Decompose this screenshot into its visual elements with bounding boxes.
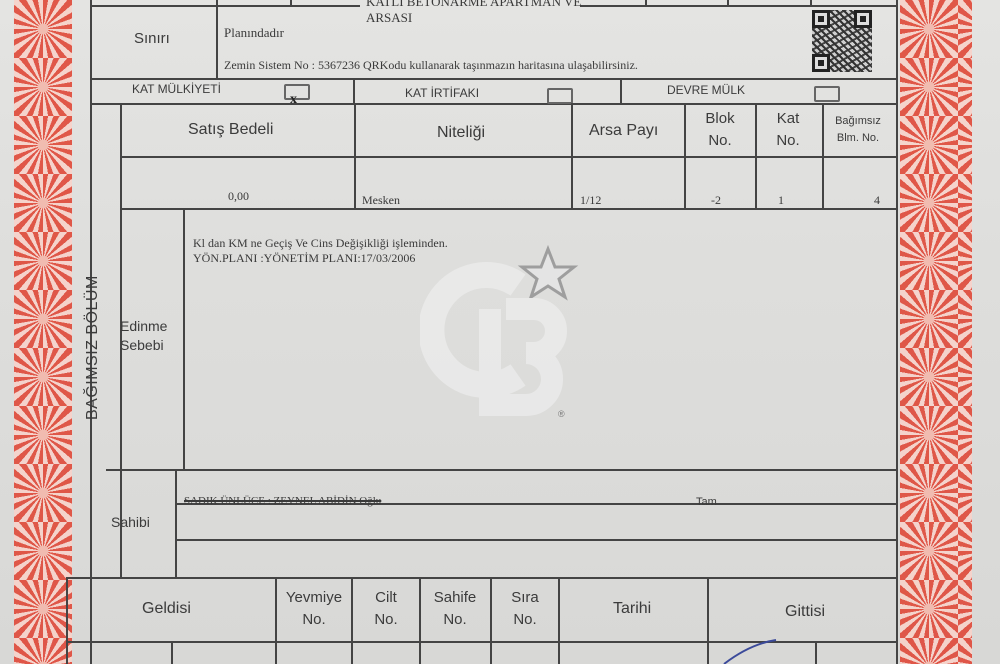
header-blok-line2: No. bbox=[702, 132, 738, 149]
rule bbox=[90, 78, 896, 80]
value-bagimsiz-no: 4 bbox=[874, 193, 880, 208]
header-cilt-line2: No. bbox=[353, 611, 419, 628]
sinir-value: Planındadır bbox=[224, 25, 284, 41]
rule bbox=[810, 0, 812, 6]
rule bbox=[120, 208, 896, 210]
header-niteligi: Niteliği bbox=[437, 124, 485, 142]
zemin-sistem-note: Zemin Sistem No : 5367236 QRKodu kullana… bbox=[224, 58, 638, 73]
header-bagimsiz-line2: Blm. No. bbox=[825, 132, 891, 144]
rule bbox=[171, 642, 173, 664]
property-type-line2: ARSASI bbox=[366, 10, 412, 26]
kat-mulkiyeti-checkbox[interactable] bbox=[284, 84, 310, 100]
value-satis-bedeli: 0,00 bbox=[228, 189, 249, 204]
sahibi-label: Sahibi bbox=[111, 514, 150, 530]
rule bbox=[354, 103, 356, 209]
title-deed-document: KATLI BETONARME APARTMAN VE ARSASI Sınır… bbox=[0, 0, 1000, 664]
rule bbox=[707, 577, 709, 664]
rule bbox=[66, 577, 896, 579]
rule bbox=[727, 0, 729, 6]
rule bbox=[822, 103, 824, 209]
rule bbox=[90, 103, 896, 105]
header-yevmiye-line1: Yevmiye bbox=[280, 589, 348, 606]
header-bagimsiz-line1: Bağımsız bbox=[825, 115, 891, 127]
rule bbox=[90, 5, 360, 7]
decorative-border-right bbox=[900, 0, 972, 664]
header-sira-line2: No. bbox=[492, 611, 558, 628]
header-geldisi: Geldisi bbox=[142, 600, 191, 618]
rule bbox=[175, 539, 896, 541]
rule bbox=[815, 642, 817, 664]
kat-irtifaki-label: KAT İRTİFAKI bbox=[405, 86, 479, 100]
rule bbox=[216, 0, 218, 78]
rule bbox=[755, 103, 757, 209]
property-type-line1: KATLI BETONARME APARTMAN VE bbox=[366, 0, 581, 10]
kat-mulkiyeti-label: KAT MÜLKİYETİ bbox=[132, 82, 221, 96]
header-sahife-line2: No. bbox=[421, 611, 489, 628]
rule bbox=[620, 78, 622, 103]
qr-code[interactable] bbox=[812, 10, 872, 72]
rule bbox=[120, 156, 896, 158]
rule bbox=[558, 577, 560, 664]
header-tarihi: Tarihi bbox=[613, 600, 651, 618]
rule bbox=[571, 103, 573, 209]
svg-text:®: ® bbox=[558, 409, 565, 419]
rule bbox=[353, 78, 355, 103]
edinme-text-line1: Kl dan KM ne Geçiş Ve Cins Değişikliği i… bbox=[193, 236, 448, 251]
header-arsa-payi: Arsa Payı bbox=[589, 122, 658, 140]
rule bbox=[66, 577, 68, 664]
kat-irtifaki-checkbox[interactable] bbox=[547, 88, 573, 104]
header-sira-line1: Sıra bbox=[492, 589, 558, 606]
bagimsiz-bolum-section-label: BAĞIMSIZ BÖLÜM bbox=[84, 275, 102, 420]
signature-stroke bbox=[720, 638, 780, 664]
rule bbox=[275, 577, 277, 664]
value-arsa-payi: 1/12 bbox=[580, 193, 601, 208]
value-niteligi: Mesken bbox=[362, 193, 400, 208]
frame-right-line bbox=[896, 0, 898, 664]
header-gittisi: Gittisi bbox=[785, 603, 825, 621]
value-blok-no: -2 bbox=[711, 193, 721, 208]
header-kat-line2: No. bbox=[770, 132, 806, 149]
header-blok-line1: Blok bbox=[702, 110, 738, 127]
edinme-text-line2: YÖN.PLANI :YÖNETİM PLANI:17/03/2006 bbox=[193, 251, 415, 266]
sinir-label: Sınırı bbox=[134, 30, 170, 47]
header-kat-line1: Kat bbox=[770, 110, 806, 127]
rule bbox=[106, 469, 896, 471]
rule bbox=[645, 0, 647, 6]
devre-mulk-checkbox[interactable] bbox=[814, 86, 840, 102]
rule bbox=[175, 469, 177, 579]
rule bbox=[183, 208, 185, 470]
header-cilt-line1: Cilt bbox=[353, 589, 419, 606]
decorative-border-left bbox=[14, 0, 72, 664]
cb-watermark-logo: ® bbox=[420, 245, 580, 425]
rule bbox=[290, 0, 292, 6]
ownership-share: Tam bbox=[696, 496, 717, 508]
edinme-label-line1: Edinme bbox=[120, 318, 167, 334]
edinme-label-line2: Sebebi bbox=[120, 337, 164, 353]
owner-name: SADIK ÜNLÜCE : ZEYNEL ABİDİN Oğlu bbox=[184, 495, 381, 507]
value-kat-no: 1 bbox=[778, 193, 784, 208]
header-satis-bedeli: Satış Bedeli bbox=[188, 121, 273, 139]
rule bbox=[684, 103, 686, 209]
devre-mulk-label: DEVRE MÜLK bbox=[667, 83, 745, 97]
rule bbox=[580, 5, 896, 7]
header-sahife-line1: Sahife bbox=[421, 589, 489, 606]
checkbox-x-mark: x bbox=[290, 92, 297, 108]
header-yevmiye-line2: No. bbox=[280, 611, 348, 628]
